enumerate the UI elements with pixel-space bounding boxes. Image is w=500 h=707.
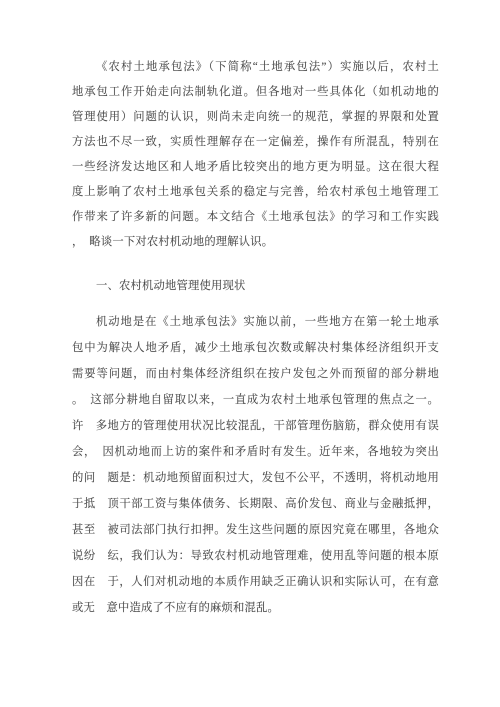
text-line: 于抵 顶干部工资与集体债务、长期限、高价发包、商业与金融抵押， [72, 491, 439, 517]
section-heading-text: 一、农村机动地管理使用现状 [72, 274, 439, 299]
paragraph-intro: 《农村土地承包法》（下简称“土地承包法”）实施以后，农村土地承包工作开始走向法制… [72, 55, 439, 255]
paragraph-body: 机动地是在《土地承包法》实施以前，一些地方在第一轮土地承包中为解决人地矛盾，减少… [72, 309, 439, 621]
text-line: 需要等问题，而由村集体经济组织在按户发包之外而预留的部分耕地 [72, 361, 439, 387]
text-line: 机动地是在《土地承包法》实施以前，一些地方在第一轮土地承 [72, 309, 439, 335]
text-line: 方法也不尽一致，实质性理解存在一定偏差，操作有所混乱，特别在 [72, 130, 439, 155]
section-heading: 一、农村机动地管理使用现状 [72, 274, 439, 299]
text-line: ， 略谈一下对农村机动地的理解认识。 [72, 230, 439, 255]
text-line: 《农村土地承包法》（下简称“土地承包法”）实施以后，农村土 [72, 55, 439, 80]
text-line: 。 这部分耕地自留取以来，一直成为农村土地承包管理的焦点之一。 [72, 387, 439, 413]
text-line: 许 多地方的管理使用状况比较混乱，干部管理伤脑筋，群众使用有误 [72, 413, 439, 439]
text-line: 包中为解决人地矛盾，减少土地承包次数或解决村集体经济组织开支 [72, 335, 439, 361]
text-line: 地承包工作开始走向法制轨化道。但各地对一些具体化（如机动地的 [72, 80, 439, 105]
text-line: 甚至 被司法部门执行扣押。发生这些问题的原因究竟在哪里，各地众 [72, 517, 439, 543]
text-line: 的问 题是：机动地预留面积过大，发包不公平，不透明，将机动地用 [72, 465, 439, 491]
text-line: 或无 意中造成了不应有的麻烦和混乱。 [72, 595, 439, 621]
text-line: 因在 于，人们对机动地的本质作用缺乏正确认识和实际认可，在有意 [72, 569, 439, 595]
text-line: 管理使用）问题的认识，则尚未走向统一的规范，掌握的界限和处置 [72, 105, 439, 130]
text-line: 作带来了许多新的问题。本文结合《土地承包法》的学习和工作实践 [72, 205, 439, 230]
document-page: 《农村土地承包法》（下简称“土地承包法”）实施以后，农村土地承包工作开始走向法制… [0, 0, 500, 707]
text-line: 会， 因机动地而上访的案件和矛盾时有发生。近年来，各地较为突出 [72, 439, 439, 465]
text-line: 说纷 纭，我们认为：导致农村机动地管理难，使用乱等问题的根本原 [72, 543, 439, 569]
text-line: 一些经济发达地区和人地矛盾比较突出的地方更为明显。这在很大程 [72, 155, 439, 180]
text-line: 度上影响了农村土地承包关系的稳定与完善，给农村承包土地管理工 [72, 180, 439, 205]
